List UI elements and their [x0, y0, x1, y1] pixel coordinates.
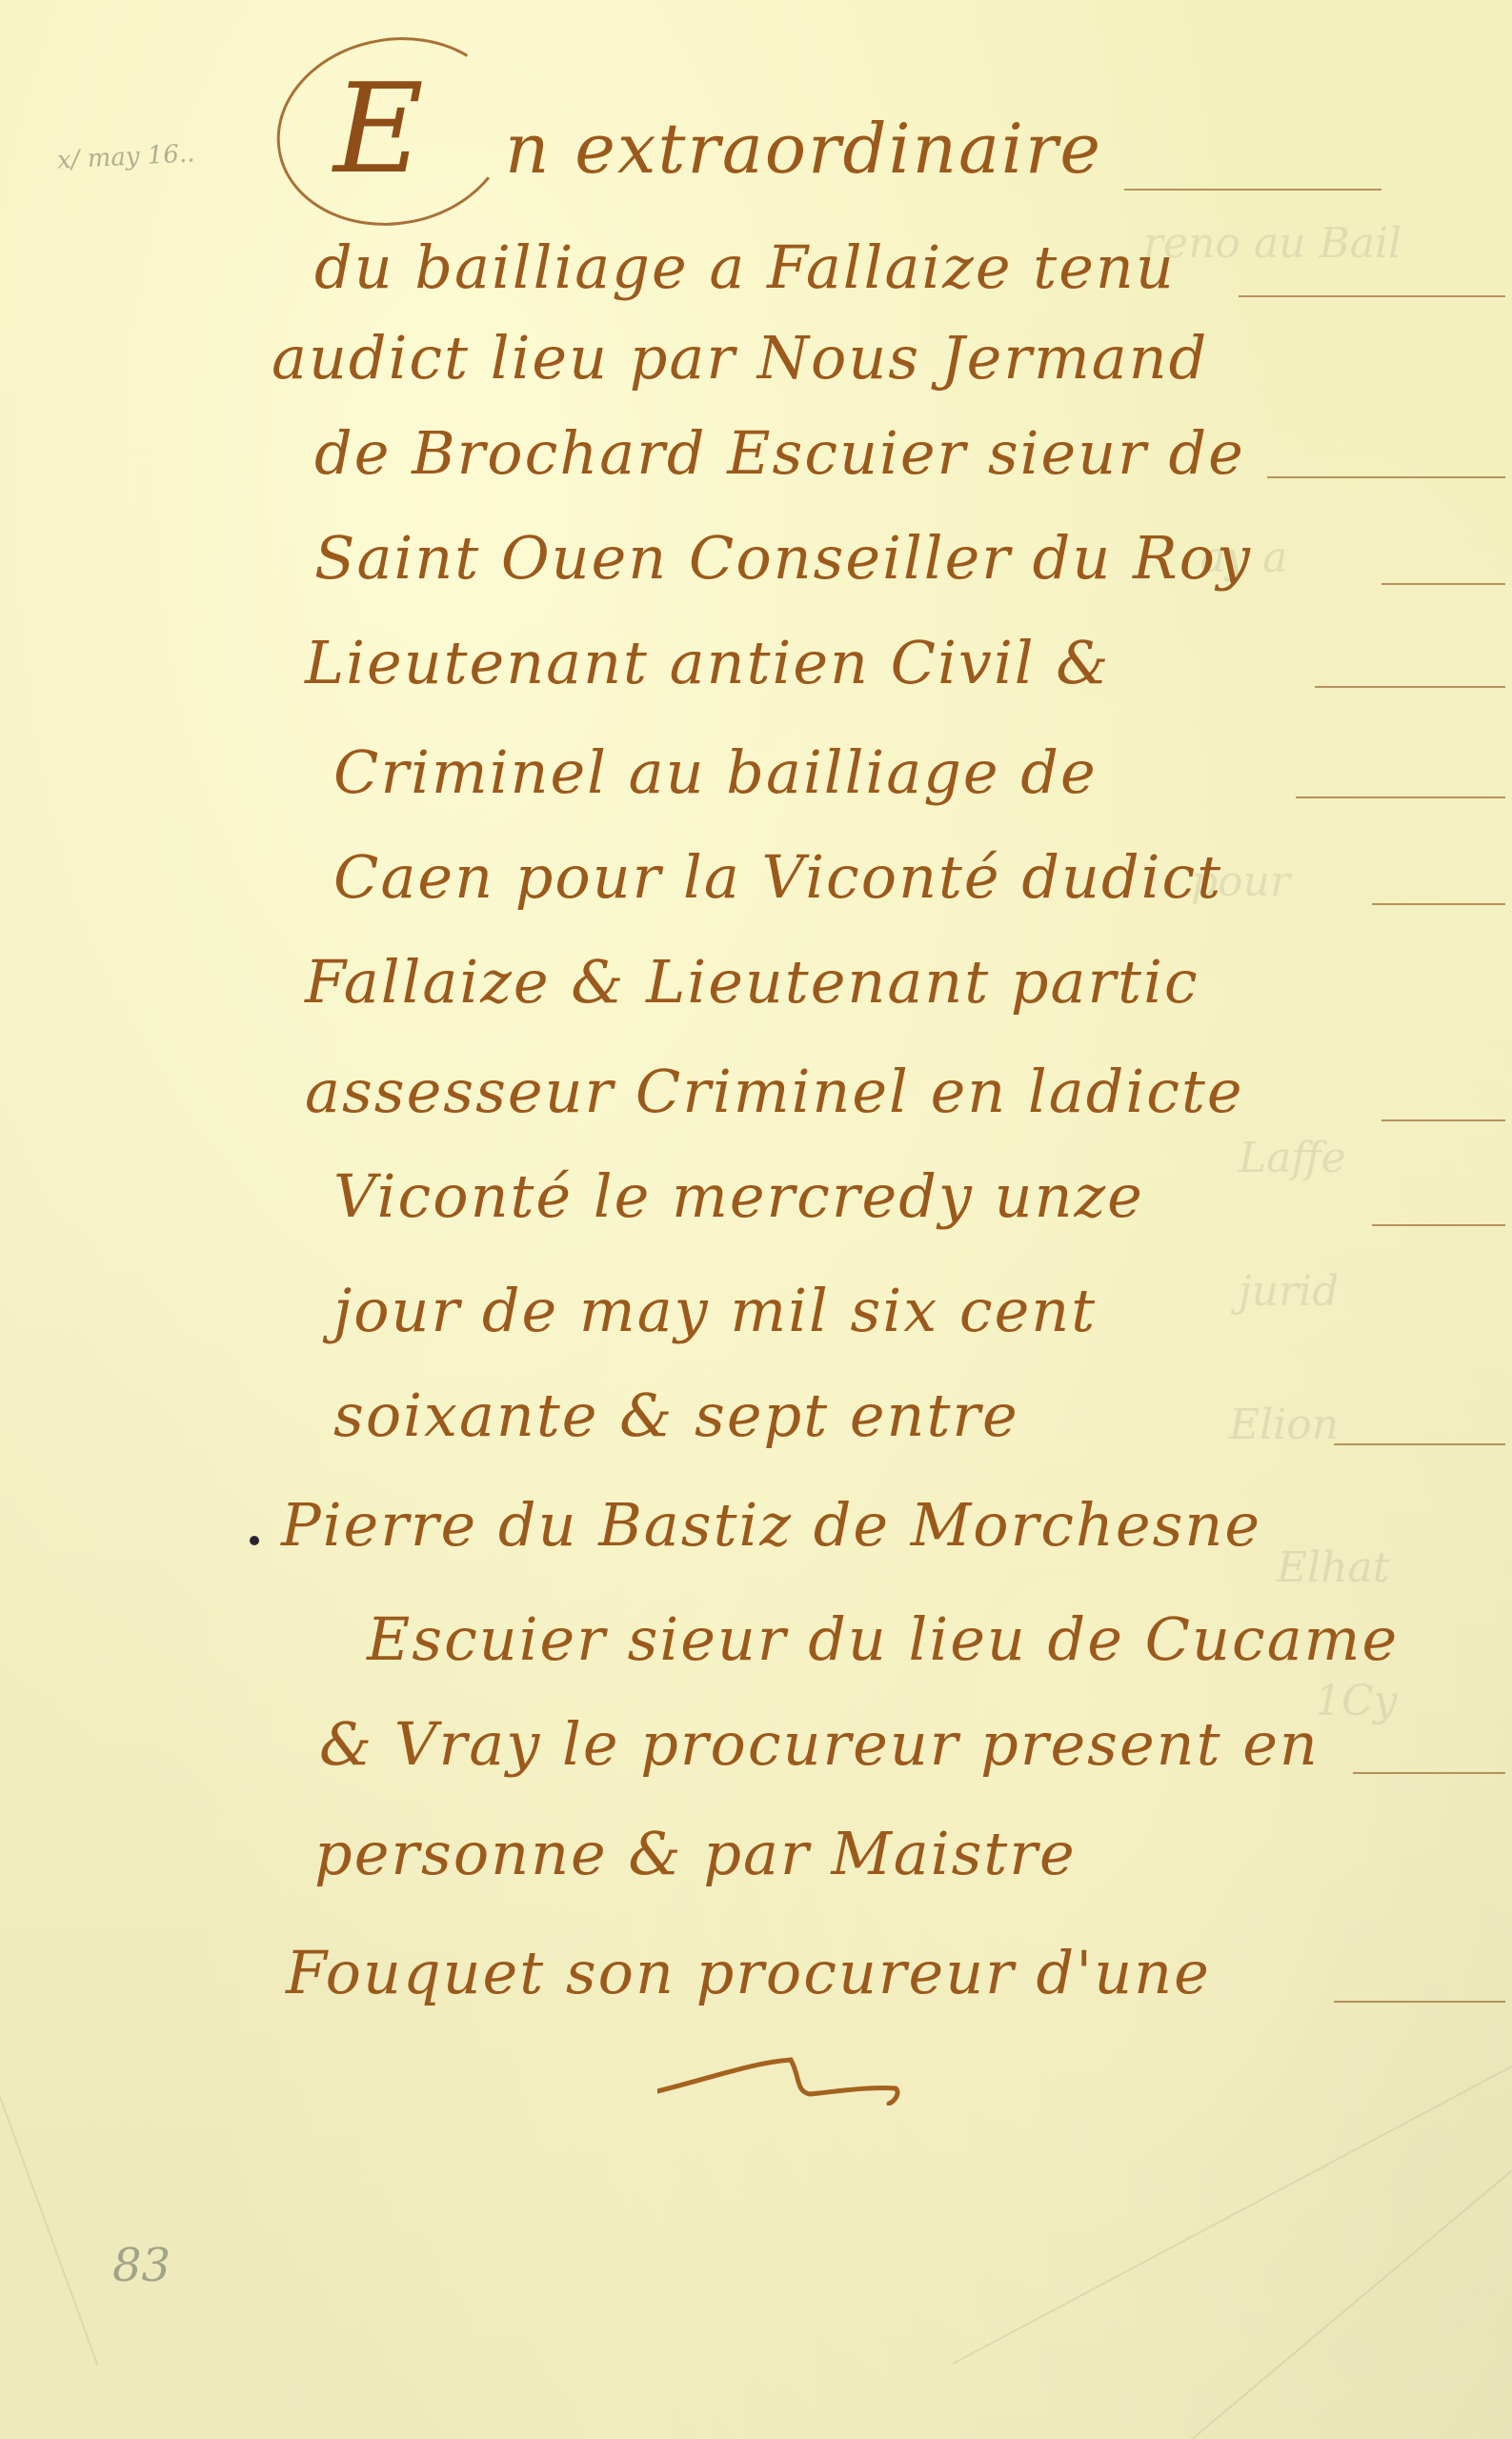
line-flourish [1372, 1224, 1505, 1226]
line-flourish [1267, 476, 1505, 478]
line-flourish [1372, 903, 1505, 905]
paper-crease [0, 2097, 99, 2367]
manuscript-line: n extraordinaire [505, 114, 1102, 183]
bleed-through-text: 1Cy [1315, 1677, 1398, 1725]
manuscript-line: soixante & sept entre [333, 1386, 1019, 1445]
line-flourish [1124, 189, 1381, 191]
manuscript-line: & Vray le procureur present en [319, 1715, 1320, 1774]
manuscript-line: Escuier sieur du lieu de Cucame [367, 1610, 1399, 1669]
manuscript-line: Fouquet son procureur d'une [286, 1944, 1211, 2003]
manuscript-line: Viconté le mercredy unze [333, 1167, 1144, 1226]
manuscript-line: jour de may mil six cent [333, 1281, 1097, 1340]
manuscript-line: assesseur Criminel en ladicte [305, 1062, 1244, 1121]
bleed-through-text: reno au Bail [1143, 219, 1401, 268]
line-flourish [1353, 1772, 1505, 1774]
decorated-initial-letter: E [333, 67, 424, 191]
line-flourish [1334, 1443, 1505, 1445]
manuscript-line: audict lieu par Nous Jermand [272, 329, 1208, 388]
manuscript-line: Saint Ouen Conseiller du Roy [314, 529, 1252, 588]
line-flourish [1239, 295, 1505, 297]
manuscript-line: Lieutenant antien Civil & [305, 634, 1111, 693]
manuscript-line: Criminel au bailliage de [333, 743, 1098, 802]
manuscript-line: du bailliage a Fallaize tenu [314, 238, 1176, 297]
line-flourish [1381, 583, 1505, 585]
margin-note: x/ may 16.. [56, 139, 195, 175]
manuscript-page: reno au Bail ay a pour Laffe jurid Elion… [0, 0, 1512, 2439]
line-flourish [1334, 2001, 1505, 2003]
closing-flourish [657, 2048, 905, 2106]
ink-dot [250, 1536, 259, 1545]
paper-crease [953, 2049, 1512, 2364]
manuscript-line: personne & par Maistre [314, 1824, 1077, 1884]
manuscript-line: Caen pour la Viconté dudict [333, 848, 1222, 907]
bleed-through-text: Elhat [1277, 1543, 1389, 1592]
corner-pencil-mark: 83 [112, 2239, 171, 2292]
line-flourish [1315, 686, 1505, 688]
manuscript-line: de Brochard Escuier sieur de [314, 424, 1245, 483]
manuscript-line: Pierre du Bastiz de Morchesne [281, 1496, 1261, 1555]
bleed-through-text: Elion [1229, 1401, 1339, 1449]
manuscript-line: Fallaize & Lieutenant partic [305, 953, 1200, 1012]
line-flourish [1381, 1119, 1505, 1121]
bleed-through-text: Laffe [1239, 1134, 1346, 1182]
line-flourish [1296, 796, 1505, 798]
paper-crease [1190, 2133, 1512, 2439]
bleed-through-text: jurid [1239, 1267, 1339, 1316]
